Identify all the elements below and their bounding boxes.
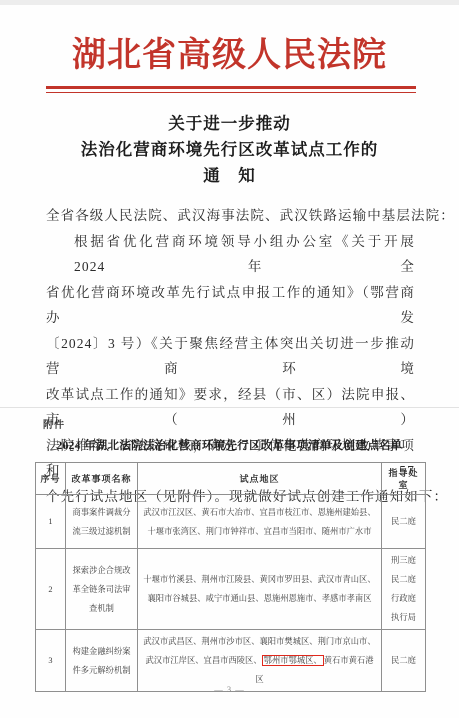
pilot-regions: 武汉市武昌区、荆州市沙市区、襄阳市樊城区、荆门市京山市、武汉市江岸区、宜昌市西陵… xyxy=(138,630,382,692)
row-number: 3 xyxy=(36,630,66,692)
body-line-1: 全省各级人民法院、武汉海事法院、武汉铁路运输中基层法院： xyxy=(46,203,415,229)
document-page: 湖北省高级人民法院 关于进一步推动 法治化营商环境先行区改革试点工作的 通 知 … xyxy=(0,0,459,718)
table-row: 3 构建金融纠纷案件多元解纷机制 武汉市武昌区、荆州市沙市区、襄阳市樊城区、荆门… xyxy=(36,630,426,692)
reform-items-table: 序号 改革事项名称 试点地区 指导处室 1 商事案件调裁分流三级过滤机制 武汉市… xyxy=(35,462,426,692)
row-number: 1 xyxy=(36,495,66,549)
col-header-no: 序号 xyxy=(36,463,66,495)
guidance-dept: 民二庭 xyxy=(382,630,426,692)
letterhead-rule-bottom xyxy=(46,92,416,93)
scan-edge-band xyxy=(0,0,459,5)
letterhead-title: 湖北省高级人民法院 xyxy=(0,34,459,78)
guidance-dept: 民二庭 xyxy=(382,495,426,549)
body-line-3: 省优化营商环境改革先行试点申报工作的通知》（鄂营商办发 xyxy=(46,280,415,331)
reform-item-name: 商事案件调裁分流三级过滤机制 xyxy=(66,495,138,549)
col-header-regions: 试点地区 xyxy=(138,463,382,495)
doc-title-line-2: 法治化营商环境先行区改革试点工作的 xyxy=(0,137,459,163)
body-line-2: 根据省优化营商环境领导小组办公室《关于开展 2024 年全 xyxy=(46,229,415,280)
row-number: 2 xyxy=(36,549,66,630)
attachment-label: 附件 xyxy=(43,416,65,431)
pilot-regions: 武汉市江汉区、黄石市大冶市、宜昌市枝江市、恩施州建始县、十堰市张湾区、荆门市钟祥… xyxy=(138,495,382,549)
body-line-4: 〔2024〕3 号）《关于聚焦经营主体突出关切进一步推动营商环境 xyxy=(46,331,415,382)
document-title: 关于进一步推动 法治化营商环境先行区改革试点工作的 通 知 xyxy=(0,111,459,189)
pilot-regions: 十堰市竹溪县、荆州市江陵县、黄冈市罗田县、武汉市青山区、襄阳市谷城县、咸宁市通山… xyxy=(138,549,382,630)
table-row: 2 探索涉企合规改革全链条司法审查机制 十堰市竹溪县、荆州市江陵县、黄冈市罗田县… xyxy=(36,549,426,630)
doc-title-line-1: 关于进一步推动 xyxy=(0,111,459,137)
page-break-line xyxy=(0,407,459,408)
doc-title-line-3: 通 知 xyxy=(0,163,459,189)
reform-item-name: 构建金融纠纷案件多元解纷机制 xyxy=(66,630,138,692)
col-header-dept: 指导处室 xyxy=(382,463,426,495)
guidance-dept: 刑三庭 民二庭 行政庭 执行局 xyxy=(382,549,426,630)
table-title: 2024 年湖北法院法治化营商环境先行区改革事项清单及创建点名单 xyxy=(0,437,459,453)
page-number: — 3 — xyxy=(0,684,459,694)
letterhead-rule-top xyxy=(46,86,416,89)
table-header-row: 序号 改革事项名称 试点地区 指导处室 xyxy=(36,463,426,495)
highlight-box: 鄂州市鄂城区、 xyxy=(262,655,324,666)
reform-item-name: 探索涉企合规改革全链条司法审查机制 xyxy=(66,549,138,630)
table-row: 1 商事案件调裁分流三级过滤机制 武汉市江汉区、黄石市大冶市、宜昌市枝江市、恩施… xyxy=(36,495,426,549)
col-header-name: 改革事项名称 xyxy=(66,463,138,495)
